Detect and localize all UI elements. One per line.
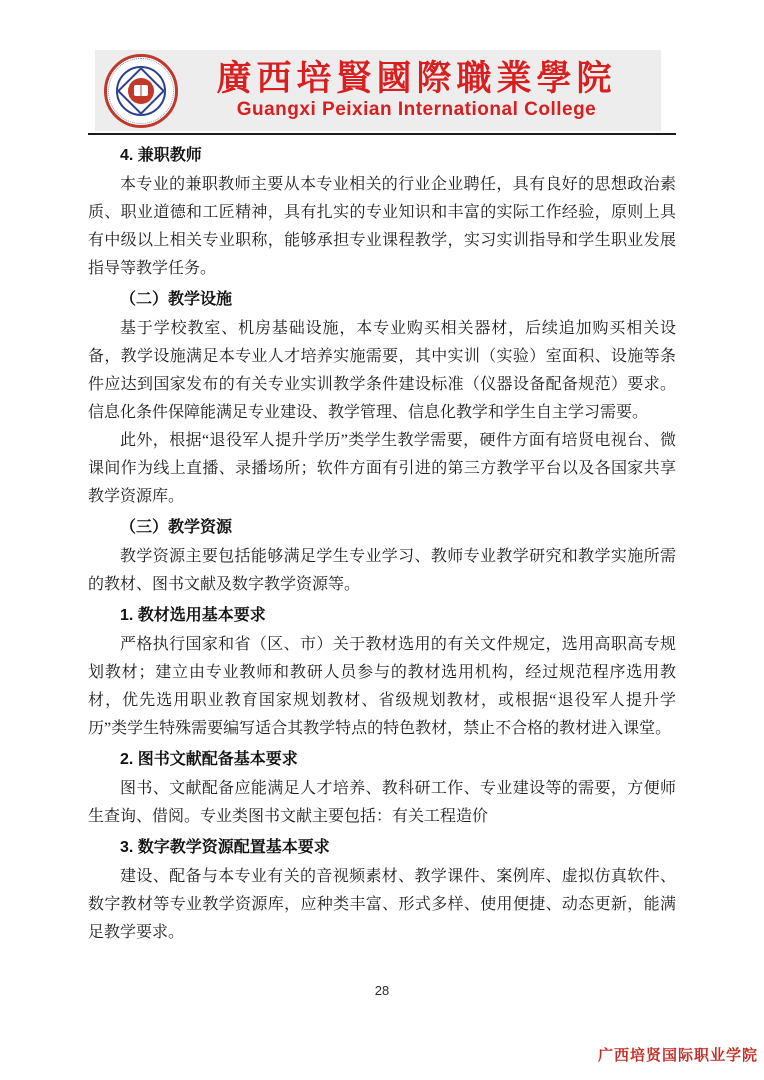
document-body: 4. 兼职教师 本专业的兼职教师主要从本专业相关的行业企业聘任，具有良好的思想政… xyxy=(88,139,676,947)
header-divider xyxy=(88,133,676,135)
college-title-english: Guangxi Peixian International College xyxy=(178,100,655,121)
section-heading-teaching-resources: （三）教学资源 xyxy=(88,514,676,542)
logo-inner-circle xyxy=(116,66,166,116)
body-paragraph: 严格执行国家和省（区、市）关于教材选用的有关文件规定，选用高职高专规划教材；建立… xyxy=(88,631,676,743)
body-paragraph: 此外，根据“退役军人提升学历”类学生教学需要，硬件方面有培贤电视台、微课间作为线… xyxy=(88,427,676,511)
section-heading-teaching-facilities: （二）教学设施 xyxy=(88,286,676,314)
logo-core xyxy=(128,78,154,104)
section-heading-library-literature: 2. 图书文献配备基本要求 xyxy=(88,746,676,774)
section-heading-digital-resources: 3. 数字教学资源配置基本要求 xyxy=(88,834,676,862)
body-paragraph: 图书、文献配备应能满足人才培养、教科研工作、专业建设等的需要，方便师生查询、借阅… xyxy=(88,775,676,831)
header-titles: 廣西培賢國際職業學院 Guangxi Peixian International… xyxy=(178,60,661,121)
body-paragraph: 教学资源主要包括能够满足学生专业学习、教师专业教学研究和教学实施所需的教材、图书… xyxy=(88,543,676,599)
section-heading-part-time-teachers: 4. 兼职教师 xyxy=(88,142,676,170)
footer-college-name: 广西培贤国际职业学院 xyxy=(598,1044,758,1065)
college-title-chinese: 廣西培賢國際職業學院 xyxy=(178,60,655,99)
body-paragraph: 本专业的兼职教师主要从本专业相关的行业企业聘任，具有良好的思想政治素质、职业道德… xyxy=(88,171,676,283)
body-paragraph: 基于学校教室、机房基础设施，本专业购买相关器材，后续追加购买相关设备，教学设施满… xyxy=(88,315,676,427)
section-heading-textbook-selection: 1. 教材选用基本要求 xyxy=(88,602,676,630)
open-book-icon xyxy=(134,85,148,96)
header-band: 廣西培賢國際職業學院 Guangxi Peixian International… xyxy=(95,50,661,131)
college-logo xyxy=(104,54,178,128)
body-paragraph: 建设、配备与本专业有关的音视频素材、教学课件、案例库、虚拟仿真软件、数字教材等专… xyxy=(88,863,676,947)
page-number: 28 xyxy=(0,983,764,998)
